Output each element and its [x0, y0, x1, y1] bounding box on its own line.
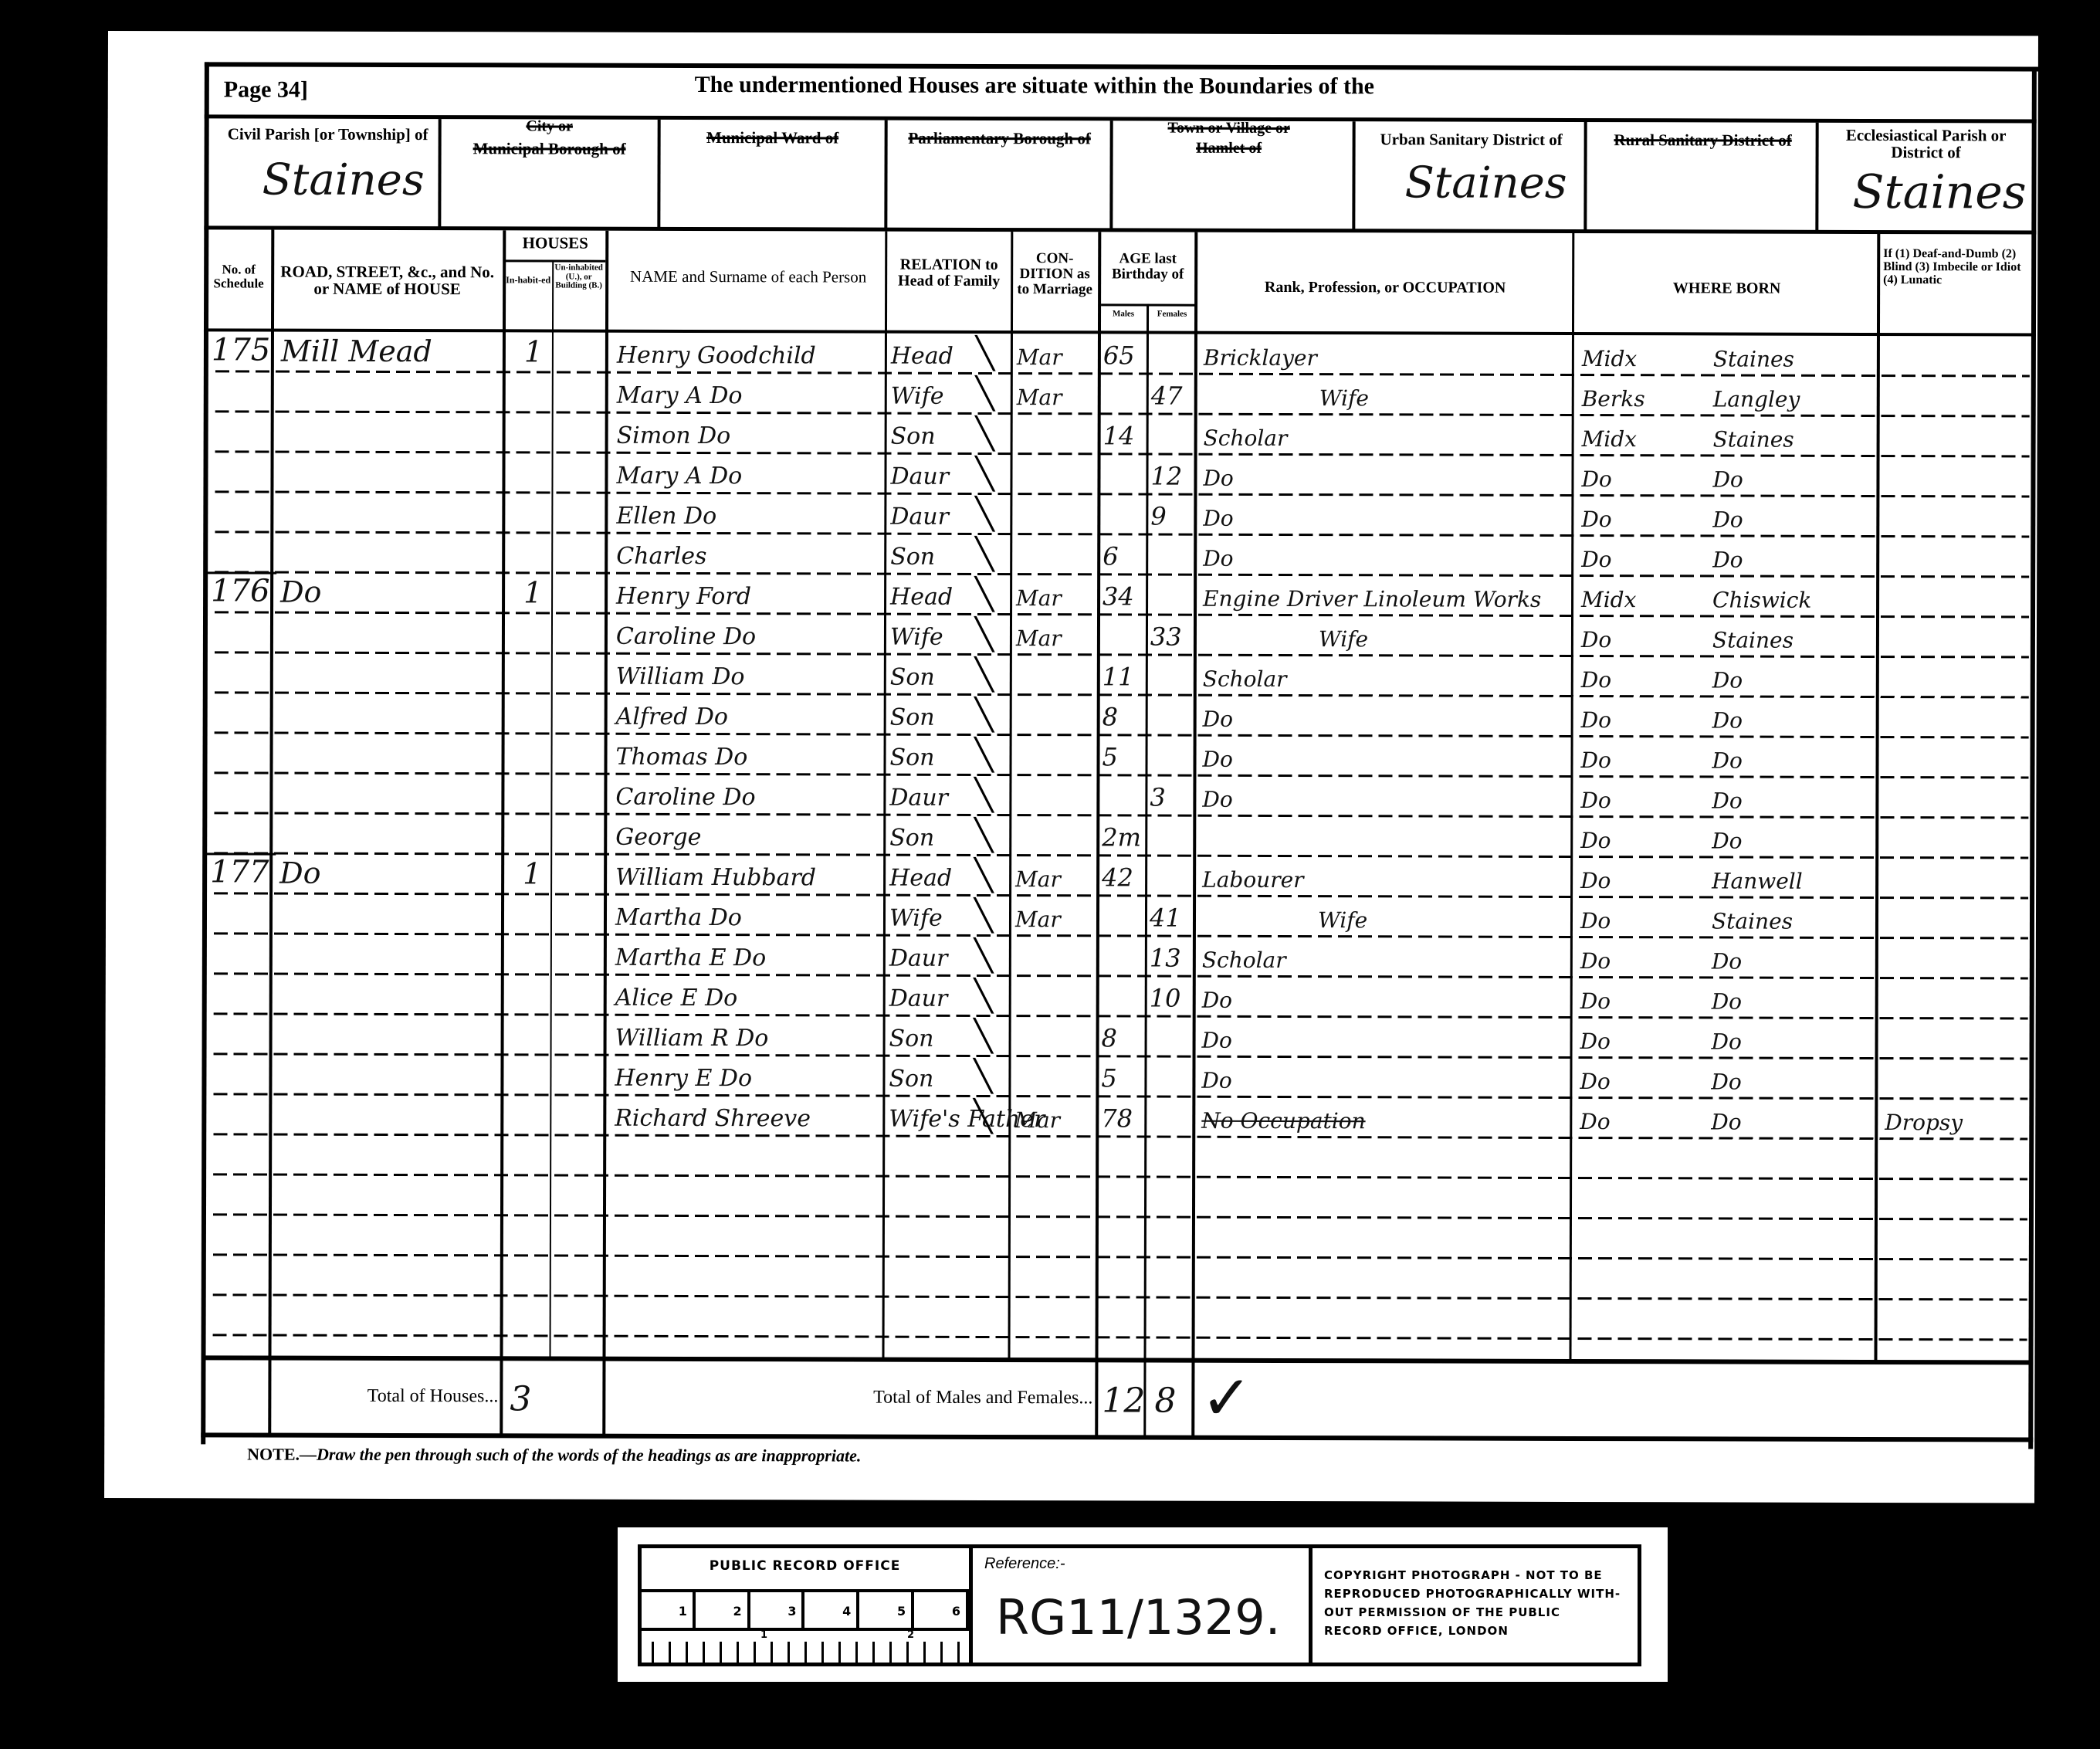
cell-inhabited	[523, 654, 547, 694]
cell-inhabited	[523, 734, 546, 775]
cell-born-county: Do	[1581, 697, 1705, 737]
cell-inhabited	[524, 373, 547, 413]
cell-female-age	[1150, 737, 1192, 777]
tally-stroke-icon: ╲	[974, 978, 993, 1014]
totals-divider-top	[201, 1355, 2033, 1364]
cell-born-county: Do	[1580, 737, 1704, 778]
cell-road	[280, 654, 500, 695]
scale-cell: 4	[804, 1592, 859, 1629]
table-row: Caroline DoDaur3DoDoDo╲	[108, 31, 2038, 36]
cell-road	[279, 734, 500, 775]
cell-male-age	[1102, 977, 1144, 1017]
cell-infirmity	[1886, 658, 2025, 698]
table-row: 177Do1William HubbardHeadMar42LabourerDo…	[108, 31, 2038, 36]
cell-infirmity	[1887, 377, 2026, 417]
cell-occupation: Scholar	[1202, 937, 1565, 978]
cell-road	[280, 534, 500, 575]
cell-born-place: Staines	[1713, 336, 1875, 377]
cell-female-age	[1150, 1018, 1192, 1058]
cell-born-county: Do	[1580, 818, 1704, 858]
cell-infirmity	[1886, 698, 2025, 738]
total-persons-label: Total of Males and Females...	[722, 1388, 1092, 1408]
cell-inhabited	[523, 614, 547, 654]
census-page: Page 34] The undermentioned Houses are s…	[104, 31, 2038, 1503]
row-rule	[213, 1293, 2027, 1300]
column-headers: No. of Schedule ROAD, STREET, &c., and N…	[108, 31, 2038, 36]
tally-stroke-icon: ╲	[974, 1019, 993, 1054]
cell-female-age: 3	[1150, 777, 1192, 817]
cell-born-county: Do	[1580, 778, 1704, 818]
cell-condition: Mar	[1016, 575, 1093, 615]
tally-stroke-icon: ╲	[976, 336, 994, 371]
cell-infirmity	[1885, 979, 2024, 1019]
totals-divider-bottom	[201, 1432, 2033, 1442]
cell-infirmity	[1885, 1059, 2024, 1100]
cell-condition	[1015, 816, 1092, 856]
cell-female-age	[1150, 536, 1193, 576]
urban-sanitary-label: Urban Sanitary District of	[1356, 130, 1587, 148]
cell-schedule	[211, 533, 269, 573]
city-label: City or	[442, 118, 658, 135]
cell-occupation: Scholar	[1204, 415, 1567, 456]
cell-road	[281, 413, 501, 454]
cell-born-place: Do	[1712, 697, 1875, 738]
cell-occupation: Do	[1203, 456, 1566, 497]
tally-stroke-icon: ╲	[974, 898, 993, 934]
total-females-value: 8	[1154, 1381, 1176, 1421]
cell-condition: Mar	[1017, 375, 1094, 415]
grid-col	[1008, 232, 1014, 1359]
cell-born-place: Do	[1711, 1059, 1873, 1100]
cell-infirmity	[1886, 457, 2025, 497]
cell-born-place: Do	[1712, 1019, 1874, 1059]
cell-female-age	[1150, 576, 1193, 616]
cell-schedule	[211, 453, 269, 493]
ruler-label: 2	[907, 1629, 915, 1641]
scale-cell: 2	[696, 1592, 750, 1629]
reference-value: RG11/1329.	[996, 1589, 1280, 1646]
cell-road	[279, 815, 500, 856]
stamp-scale: 123456	[641, 1592, 969, 1629]
stamp-office: PUBLIC RECORD OFFICE	[641, 1558, 969, 1574]
table-row: Ellen DoDaur9DoDoDo╲	[108, 31, 2038, 36]
table-row: 175Mill Mead1Henry GoodchildHeadMar65Bri…	[108, 31, 2038, 36]
cell-female-age	[1149, 1058, 1191, 1098]
cell-name: Simon Do	[617, 414, 883, 455]
copyright-line: COPYRIGHT PHOTOGRAPH - NOT TO BE	[1324, 1566, 1621, 1585]
col-houses: HOUSES	[505, 234, 605, 251]
table-row: Mary A DoWifeMar47WifeBerksLangley╲	[108, 31, 2038, 36]
cell-occupation: Labourer	[1202, 857, 1565, 898]
cell-schedule	[210, 1015, 268, 1055]
cell-schedule	[209, 1055, 267, 1095]
cell-schedule	[212, 372, 269, 412]
table-row: Richard ShreeveWife's FatherMar78No Occu…	[108, 31, 2038, 36]
cell-condition	[1016, 656, 1093, 696]
cell-name: Henry Goodchild	[617, 334, 883, 375]
cell-condition	[1016, 696, 1093, 736]
cell-male-age: 34	[1102, 575, 1145, 615]
cell-female-age	[1150, 656, 1193, 697]
cell-condition	[1015, 776, 1092, 816]
cell-male-age	[1102, 937, 1144, 977]
cell-inhabited	[523, 815, 546, 855]
tally-stroke-icon: ╲	[974, 938, 993, 974]
cell-schedule	[209, 1095, 267, 1135]
cell-female-age	[1151, 415, 1194, 456]
cell-inhabited	[523, 493, 547, 534]
cell-born-place: Chiswick	[1712, 577, 1875, 618]
table-row: Mary A DoDaur12DoDoDo╲	[108, 31, 2038, 36]
cell-schedule	[210, 974, 268, 1015]
cell-female-age: 41	[1150, 897, 1192, 937]
cell-born-place: Staines	[1712, 617, 1875, 658]
cell-name: Ellen Do	[616, 494, 882, 535]
cell-born-place: Staines	[1713, 416, 1875, 457]
cell-condition	[1016, 535, 1093, 575]
cell-condition	[1014, 1057, 1092, 1097]
district-divider-bottom	[204, 225, 2036, 234]
cell-schedule	[212, 412, 269, 453]
cell-female-age	[1150, 817, 1192, 857]
cell-born-county: Midx	[1582, 336, 1705, 376]
table-row: Alice E DoDaur10DoDoDo╲	[108, 31, 2038, 36]
cell-male-age: 5	[1101, 1057, 1143, 1097]
cell-born-place: Do	[1712, 737, 1874, 778]
cell-infirmity	[1885, 1019, 2024, 1059]
cell-born-place: Do	[1712, 978, 1874, 1019]
municipal-borough-label: Municipal Borough of	[442, 140, 658, 158]
col-uninhabited: Un-inhabited (U.), or Building (B.)	[554, 264, 604, 291]
cell-schedule	[210, 734, 268, 774]
cell-born-place: Do	[1712, 537, 1875, 578]
stamp-divider	[969, 1544, 973, 1666]
copyright-line: RECORD OFFICE, LONDON	[1324, 1622, 1621, 1640]
town-village-label: Town or Village or	[1113, 120, 1345, 137]
cell-schedule	[210, 814, 268, 854]
cell-road	[279, 895, 500, 936]
cell-inhabited	[524, 413, 547, 453]
cell-occupation: Wife	[1202, 897, 1565, 938]
cell-schedule	[211, 693, 269, 734]
cell-male-age: 2m	[1102, 816, 1144, 856]
cell-infirmity	[1886, 497, 2025, 537]
cell-male-age	[1102, 776, 1144, 816]
page-number: Page 34]	[224, 77, 308, 102]
copyright-line: REPRODUCED PHOTOGRAPHICALLY WITH-	[1324, 1585, 1621, 1603]
cell-born-county: Do	[1580, 938, 1704, 978]
scale-cell: 6	[914, 1592, 969, 1629]
table-row: Martha DoWifeMar41WifeDoStaines╲	[108, 31, 2038, 36]
household-separator	[207, 571, 276, 574]
cell-name: Charles	[616, 534, 882, 575]
cell-occupation: Do	[1203, 536, 1566, 577]
cell-inhabited	[523, 935, 546, 975]
cell-condition: Mar	[1016, 615, 1093, 656]
table-row: William DoSon11ScholarDoDo╲	[108, 31, 2038, 36]
cell-road	[280, 493, 500, 534]
cell-male-age: 42	[1102, 856, 1144, 897]
col-age: AGE last Birthday of	[1099, 251, 1196, 282]
copyright-line: OUT PERMISSION OF THE PUBLIC	[1324, 1603, 1621, 1622]
total-males-value: 12	[1102, 1381, 1145, 1420]
cell-occupation: Do	[1202, 737, 1565, 778]
cell-male-age	[1102, 495, 1145, 535]
district-divider	[438, 119, 441, 227]
cell-name: Mary A Do	[616, 454, 882, 495]
cell-condition	[1016, 495, 1093, 535]
check-mark: ✓	[1201, 1362, 1252, 1434]
cell-road	[279, 775, 500, 815]
cell-born-place: Langley	[1713, 376, 1875, 417]
district-row: Civil Parish [or Township] of Staines Ci…	[108, 31, 2038, 36]
tally-stroke-icon: ╲	[974, 818, 993, 853]
cell-inhabited	[522, 1056, 545, 1096]
cell-born-place: Do	[1711, 1099, 1873, 1140]
cell-infirmity	[1887, 417, 2026, 457]
scale-cell: 5	[859, 1592, 914, 1629]
record-office-stamp: PUBLIC RECORD OFFICE 123456 1 2 Referenc…	[618, 1527, 1668, 1682]
table-row: Martha E DoDaur13ScholarDoDo╲	[108, 31, 2038, 36]
district-divider	[1815, 123, 1818, 231]
cell-road: Do	[279, 855, 500, 896]
cell-road	[280, 614, 500, 655]
cell-infirmity	[1885, 738, 2024, 778]
tally-stroke-icon: ╲	[974, 737, 993, 773]
cell-condition	[1016, 455, 1093, 495]
cell-male-age: 8	[1102, 696, 1145, 736]
col-males: Males	[1101, 310, 1146, 319]
cell-name: Martha Do	[615, 896, 882, 937]
cell-infirmity	[1886, 618, 2025, 658]
cell-inhabited	[523, 694, 547, 734]
cell-male-age: 8	[1102, 1017, 1144, 1057]
cell-name: Richard Shreeve	[615, 1097, 881, 1137]
table-row: Caroline DoWifeMar33WifeDoStaines╲	[108, 31, 2038, 36]
cell-road: Mill Mead	[281, 333, 501, 374]
tally-stroke-icon: ╲	[975, 577, 994, 612]
cell-male-age: 65	[1103, 334, 1146, 375]
cell-infirmity	[1886, 537, 2025, 578]
table-row: GeorgeSon2mDoDo╲	[108, 31, 2038, 36]
cell-born-county: Berks	[1582, 376, 1705, 416]
census-rows: 175Mill Mead1Henry GoodchildHeadMar65Bri…	[108, 31, 2038, 36]
cell-infirmity	[1885, 939, 2024, 979]
cell-name: William Do	[616, 655, 882, 696]
cell-name: Martha E Do	[615, 936, 882, 977]
copyright-notice: COPYRIGHT PHOTOGRAPH - NOT TO BEREPRODUC…	[1324, 1566, 1621, 1640]
cell-female-age: 47	[1151, 375, 1194, 415]
cell-male-age	[1102, 615, 1145, 656]
col-condition: CON-DITION as to Marriage	[1012, 251, 1097, 297]
cell-occupation: Scholar	[1203, 656, 1566, 697]
cell-infirmity	[1885, 819, 2024, 859]
cell-occupation: Do	[1202, 1018, 1565, 1059]
cell-born-county: Do	[1580, 858, 1704, 898]
cell-name: Caroline Do	[616, 615, 882, 656]
cell-female-age	[1150, 697, 1193, 737]
tally-stroke-icon: ╲	[976, 376, 994, 412]
cell-name: Caroline Do	[615, 775, 882, 816]
stamp-divider	[1309, 1544, 1312, 1666]
cell-infirmity	[1886, 578, 2025, 618]
cell-male-age: 5	[1102, 736, 1144, 776]
cell-male-age	[1103, 375, 1146, 415]
tally-stroke-icon: ╲	[975, 537, 994, 572]
cell-road	[279, 1015, 500, 1056]
cell-female-age	[1149, 1098, 1191, 1138]
col-females: Females	[1150, 310, 1194, 320]
cell-condition: Mar	[1014, 1097, 1092, 1137]
cell-road	[279, 935, 500, 976]
cell-occupation: Do	[1203, 496, 1566, 537]
cell-condition	[1017, 415, 1094, 455]
total-houses-value: 3	[510, 1379, 531, 1419]
cell-born-place: Do	[1712, 657, 1875, 698]
tally-stroke-icon: ╲	[975, 697, 994, 733]
cell-born-county: Do	[1580, 978, 1704, 1019]
cell-schedule	[210, 774, 268, 814]
cell-infirmity	[1885, 859, 2024, 899]
table-row: 176Do1Henry FordHeadMar34Engine Driver L…	[108, 31, 2038, 36]
cell-male-age: 6	[1102, 535, 1145, 575]
cell-name: Henry E Do	[615, 1056, 881, 1097]
cell-road: Do	[280, 574, 500, 615]
cell-inhabited	[523, 895, 546, 935]
cell-occupation: Engine Driver Linoleum Works	[1203, 576, 1566, 617]
cell-condition	[1015, 977, 1092, 1017]
total-houses-label: Total of Houses...	[282, 1387, 498, 1407]
cell-born-county: Do	[1581, 617, 1705, 657]
ecclesiastical-parish-value: Staines	[1852, 165, 2026, 220]
cell-road	[279, 1056, 499, 1097]
cell-occupation: Do	[1202, 978, 1565, 1019]
district-divider	[1109, 120, 1113, 229]
grid-col	[1569, 233, 1574, 1361]
tally-stroke-icon: ╲	[975, 657, 994, 693]
cell-female-age: 33	[1150, 616, 1193, 656]
houses-subdivider	[505, 259, 605, 262]
cell-occupation: Bricklayer	[1204, 335, 1567, 376]
cell-condition	[1015, 736, 1092, 776]
col-inhabited: In-habit-ed	[505, 275, 551, 285]
cell-born-county: Do	[1580, 1019, 1704, 1059]
tally-stroke-icon: ╲	[976, 416, 994, 452]
cell-inhabited	[523, 534, 547, 574]
cell-male-age: 14	[1103, 415, 1146, 455]
tally-stroke-icon: ╲	[974, 778, 993, 813]
cell-born-county: Do	[1581, 497, 1705, 537]
cell-schedule	[211, 653, 269, 693]
cell-born-place: Staines	[1712, 898, 1874, 939]
ecclesiastical-parish-label: Ecclesiastical Parish or District of	[1822, 127, 2031, 161]
parliamentary-borough-label: Parliamentary Borough of	[888, 130, 1112, 147]
cell-road	[279, 975, 500, 1016]
cell-born-place: Do	[1712, 818, 1874, 859]
cell-infirmity	[1885, 778, 2024, 819]
ruler-label: 1	[760, 1629, 768, 1641]
cell-road	[280, 453, 500, 494]
tally-stroke-icon: ╲	[975, 456, 994, 492]
table-row: CharlesSon6DoDoDo╲	[108, 31, 2038, 36]
cell-born-place: Do	[1712, 778, 1874, 819]
cell-inhabited: 1	[523, 574, 547, 614]
hamlet-label: Hamlet of	[1113, 140, 1345, 157]
row-rule	[213, 1253, 2027, 1260]
municipal-ward-label: Municipal Ward of	[661, 129, 885, 147]
table-row: Thomas DoSon5DoDoDo╲	[108, 31, 2038, 36]
row-rule	[213, 1173, 2027, 1180]
cell-occupation	[1202, 817, 1565, 858]
stamp-rule	[641, 1628, 969, 1631]
col-where-born: WHERE BORN	[1574, 280, 1879, 297]
cell-born-place: Do	[1712, 456, 1875, 497]
urban-sanitary-value: Staines	[1404, 158, 1567, 208]
cell-male-age	[1102, 897, 1144, 937]
table-row: Henry E DoSon5DoDoDo╲	[108, 31, 2038, 36]
cell-male-age	[1102, 455, 1145, 495]
col-relation: RELATION to Head of Family	[887, 257, 1011, 290]
scale-cell: 1	[641, 1592, 696, 1629]
row-rule	[213, 1213, 2027, 1220]
scale-cell: 3	[750, 1592, 805, 1629]
cell-female-age: 10	[1150, 978, 1192, 1018]
cell-schedule: 177	[210, 854, 268, 894]
cell-name: George	[615, 815, 882, 856]
col-road: ROAD, STREET, &c., and No. or NAME of HO…	[273, 263, 501, 298]
table-row: Alfred DoSon8DoDoDo╲	[108, 31, 2038, 36]
cell-condition: Mar	[1015, 897, 1092, 937]
cell-name: Thomas Do	[615, 735, 882, 776]
cell-inhabited	[522, 1096, 545, 1136]
cell-condition	[1015, 937, 1092, 977]
row-rule	[213, 1334, 2027, 1341]
cell-schedule	[210, 894, 268, 934]
cell-name: William R Do	[615, 1016, 882, 1057]
cell-born-place: Do	[1712, 938, 1874, 979]
cell-schedule: 175	[212, 332, 269, 372]
cell-schedule: 176	[211, 573, 269, 613]
col-name: NAME and Surname of each Person	[609, 268, 887, 286]
cell-born-county: Do	[1580, 1059, 1703, 1099]
cell-name: William Hubbard	[615, 856, 882, 897]
cell-infirmity	[1885, 899, 2024, 939]
tally-stroke-icon: ╲	[975, 617, 994, 652]
household-separator	[206, 852, 276, 855]
cell-born-county: Midx	[1582, 416, 1705, 456]
tally-stroke-icon: ╲	[974, 858, 993, 893]
frame-top	[205, 62, 2100, 72]
cell-inhabited: 1	[524, 333, 547, 373]
cell-inhabited	[523, 775, 546, 815]
cell-occupation: Wife	[1203, 616, 1566, 657]
cell-male-age: 11	[1102, 656, 1145, 696]
cell-infirmity	[1887, 337, 2026, 377]
cell-occupation: Do	[1202, 777, 1565, 818]
cell-schedule	[211, 493, 269, 533]
cell-road	[280, 694, 500, 735]
cell-inhabited	[523, 975, 546, 1015]
cell-born-place: Do	[1712, 497, 1875, 537]
cell-born-county: Do	[1581, 537, 1705, 577]
cell-name: Alice E Do	[615, 976, 882, 1017]
rural-sanitary-label: Rural Sanitary District of	[1587, 131, 1819, 149]
cell-condition	[1015, 1017, 1092, 1057]
cell-inhabited	[523, 1015, 546, 1056]
page-title: The undermentioned Houses are situate wi…	[649, 73, 1421, 99]
cell-road	[279, 1096, 499, 1137]
cell-occupation: Do	[1201, 1058, 1564, 1099]
